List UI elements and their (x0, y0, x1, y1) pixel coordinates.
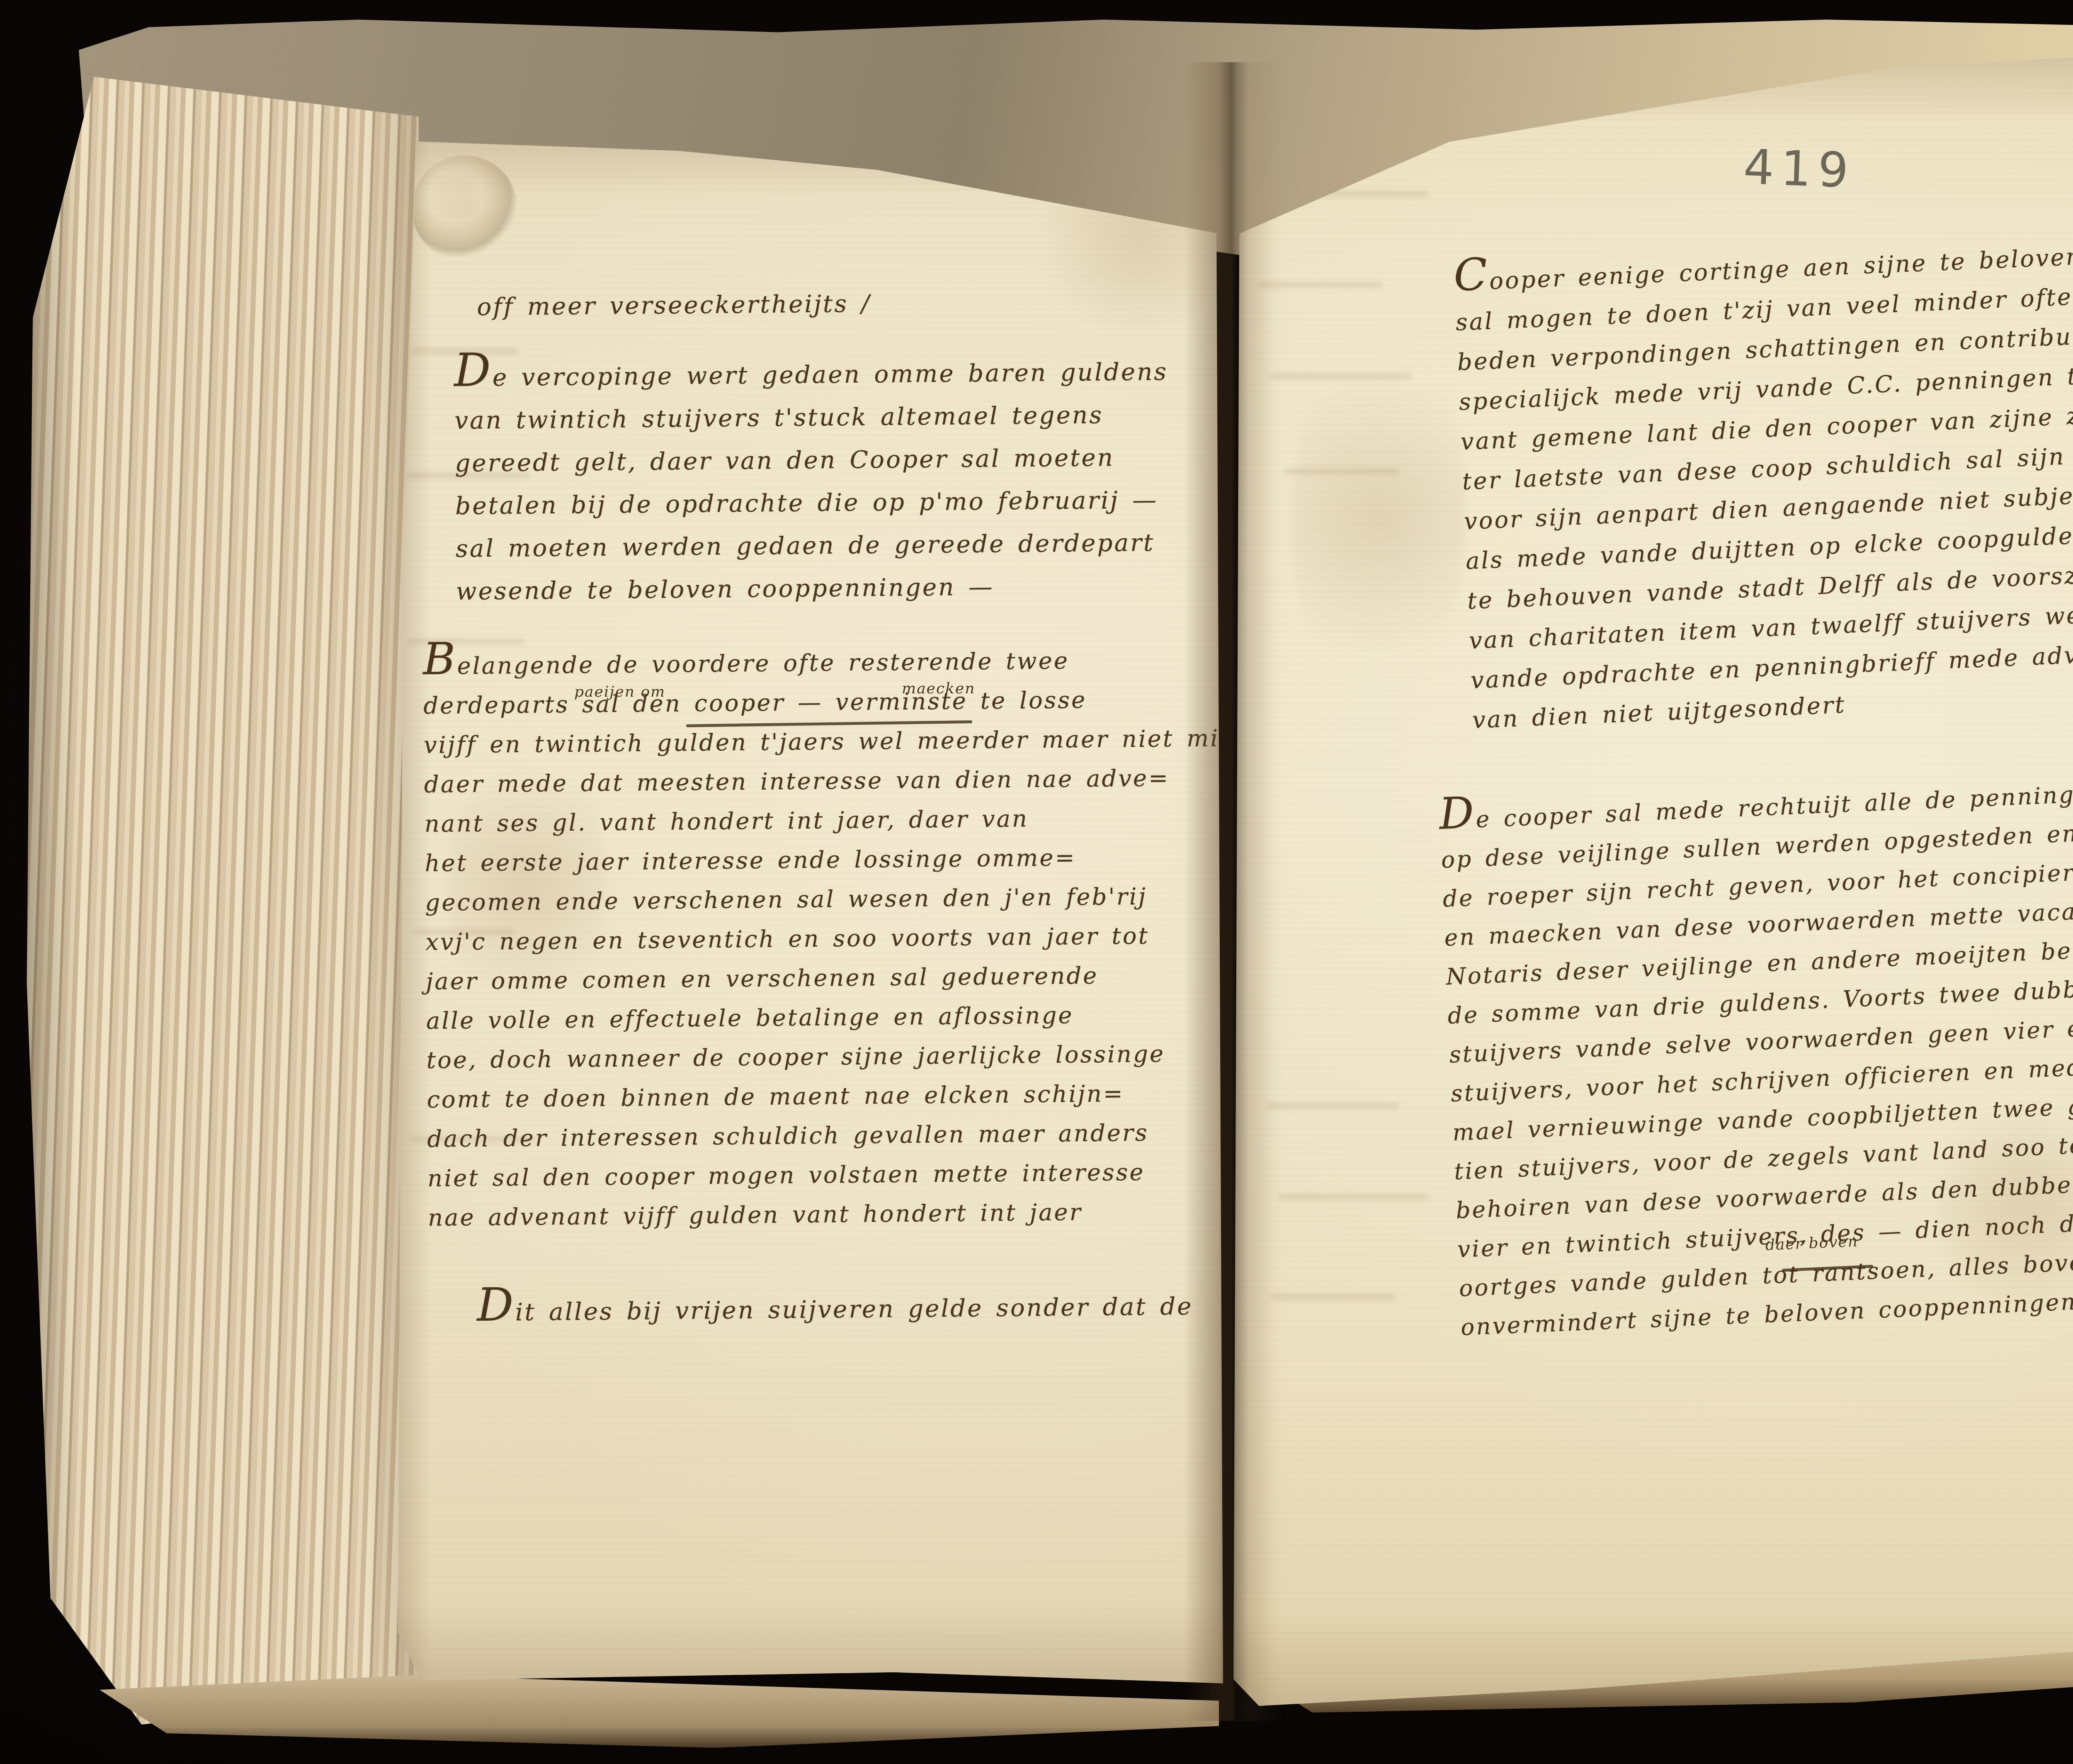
handwriting-line: sal moeten werden gedaen de gereede derd… (456, 521, 1170, 570)
handwriting-line: jaer omme comen en verschenen sal geduer… (426, 955, 1283, 1001)
handwriting-line: van twintich stuijvers t'stuck altemael … (454, 393, 1169, 442)
left-page-stack-fore-edge (23, 68, 419, 1731)
handwriting-line: alle volle en effectuele betalinge en af… (426, 994, 1283, 1041)
ink-stain (1291, 332, 1466, 705)
handwriting-line: xvj'c negen en tseventich en soo voorts … (425, 915, 1283, 962)
handwriting-line: Belangende de voordere ofte resterende t… (423, 639, 1280, 686)
page-number-pencil: 419 (1743, 139, 1856, 199)
handwriting-line: nant ses gl. vant hondert int jaer, daer… (424, 797, 1282, 844)
handwritten-paragraph: Cooper eenige cortinge aen sijne te belo… (1453, 231, 2073, 741)
handwriting-line: gecomen ende verschenen sal wesen den j'… (425, 876, 1282, 923)
handwriting-line: derdeparts sal den cooper — verminste te… (423, 679, 1281, 726)
handwriting-line: betalen bij de opdrachte die op p'mo feb… (455, 479, 1170, 527)
handwriting-line: toe, doch wanneer de cooper sijne jaerli… (426, 1033, 1284, 1080)
handwriting-line: dach der interessen schuldich gevallen m… (427, 1112, 1284, 1159)
handwritten-paragraph: off meer verseeckertheijts / (477, 283, 871, 328)
bleed-through-ghost (1271, 1294, 1395, 1300)
handwriting-line: het eerste jaer interesse ende lossinge … (425, 836, 1282, 883)
handwriting-line: comt te doen binnen de maent nae elcken … (427, 1073, 1284, 1120)
bleed-through-ghost (1271, 373, 1412, 379)
interlinear-insertion: maecken (902, 680, 975, 697)
manuscript-photograph: off meer verseeckertheijts / De vercopin… (0, 0, 2073, 1764)
bleed-through-ghost (1279, 1194, 1428, 1200)
bottom-page-stack-sliver (100, 1675, 1219, 1748)
handwritten-paragraph: Dit alles bij vrijen suijveren gelde son… (477, 1285, 1193, 1333)
handwriting-line: De vercopinge wert gedaen omme baren gul… (454, 350, 1168, 399)
embossed-seal (412, 156, 517, 261)
interlinear-insertion: paeijen om (574, 683, 665, 700)
handwriting-line: niet sal den cooper mogen volstaen mette… (427, 1152, 1285, 1198)
handwriting-line: daer mede dat meesten interesse van dien… (424, 758, 1281, 804)
handwritten-paragraph: De cooper sal mede rechtuijt alle de pen… (1439, 767, 2073, 1346)
handwriting-line: nae advenant vijff gulden vant hondert i… (428, 1191, 1285, 1238)
handwritten-paragraph: Belangende de voordere ofte resterende t… (423, 639, 1285, 1238)
bleed-through-ghost (1267, 1103, 1399, 1109)
gutter-shadow (1185, 62, 1284, 1721)
handwriting-line: wesende te beloven cooppenningen — (456, 564, 1170, 613)
left-page: off meer verseeckertheijts / De vercopin… (398, 116, 1223, 1696)
handwriting-line: Dit alles bij vrijen suijveren gelde son… (477, 1285, 1193, 1333)
handwritten-paragraph: De vercopinge wert gedaen omme baren gul… (454, 350, 1170, 613)
handwriting-line: vijff en twintich gulden t'jaers wel mee… (424, 718, 1281, 765)
handwriting-line: off meer verseeckertheijts / (477, 283, 871, 328)
handwriting-line: gereedt gelt, daer van den Cooper sal mo… (455, 436, 1169, 485)
right-page: 419 Cooper eenige cortinge aen sijne te … (1233, 41, 2073, 1713)
bleed-through-ghost (1283, 469, 1399, 474)
